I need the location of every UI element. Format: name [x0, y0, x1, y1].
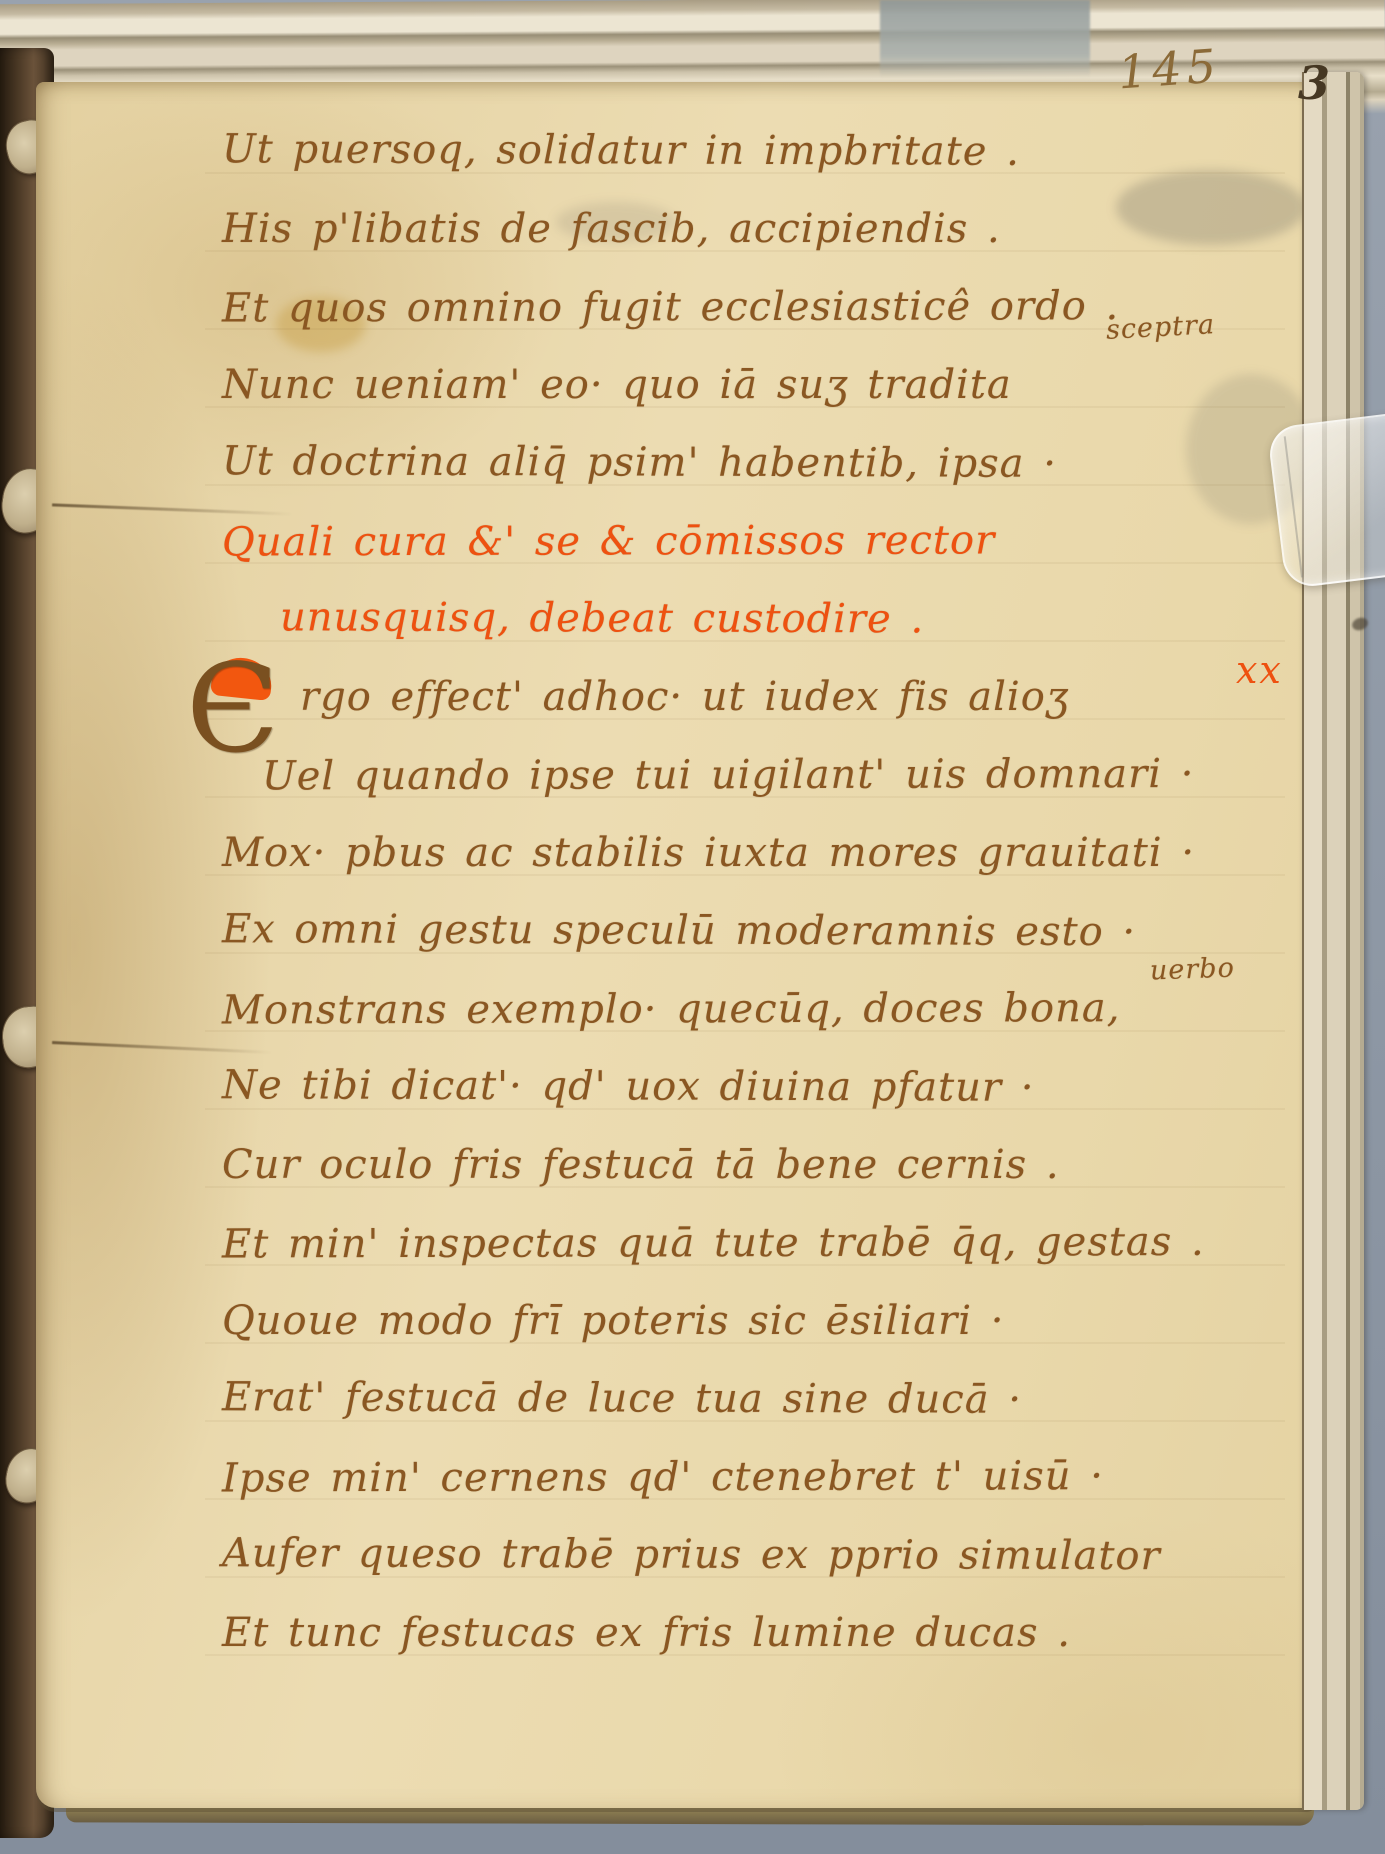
interlinear-gloss: sceptra: [1105, 311, 1215, 345]
manuscript-line: Uel quando ipse tui uigilant' uis domnar…: [262, 735, 1342, 816]
decorated-initial: Є: [186, 640, 296, 790]
manuscript-line: Erat' festucā de luce tua sine ducā ·: [222, 1358, 1342, 1440]
manuscript-line: Ut doctrina aliq̄ psim' habentib, ipsa ·: [222, 422, 1342, 504]
manuscript-line: Mox· pbus ac stabilis iuxta mores grauit…: [222, 814, 1342, 892]
top-edge-shadow-patch: [880, 0, 1090, 78]
manuscript-line: rgo effect' adhoc· ut iudex fis alioʒ: [300, 658, 1342, 736]
manuscript-line: Aufer queso trabē prius ex pprio simulat…: [222, 1514, 1342, 1596]
manuscript-line: Ipse min' cernens qd' ctenebret t' uisū …: [222, 1437, 1342, 1518]
initial-letter: Є: [186, 640, 279, 778]
manuscript-line: Cur oculo fris festucā tā bene cernis .: [222, 1126, 1342, 1204]
manuscript-line: His p'libatis de fascib, accipiendis .: [222, 190, 1342, 268]
bookmark-tab: [1267, 413, 1385, 590]
manuscript-photo: Ut puersoq, solidatur in impbritate . Hi…: [0, 0, 1385, 1854]
folio-number: 145: [1116, 40, 1222, 97]
manuscript-line-rubric: unusquisq, debeat custodire .: [280, 578, 1342, 659]
manuscript-line: Et tunc festucas ex fris lumine ducas .: [222, 1594, 1342, 1672]
manuscript-line: Ut puersoq, solidatur in impbritate .: [222, 110, 1342, 192]
manuscript-line: Quoue modo frī poteris sic ēsiliari ·: [222, 1282, 1342, 1360]
manuscript-line: Ne tibi dicat'· qd' uox diuina pfatur ·: [222, 1046, 1342, 1128]
manuscript-line: Nunc ueniam' eo· quo iā suʒ tradita: [222, 346, 1342, 424]
chapter-number-note: xx: [1236, 650, 1283, 690]
manuscript-line: Et min' inspectas quā tute trabē q̄q, ge…: [222, 1203, 1342, 1284]
manuscript-line-rubric: Quali cura &' se & cōmissos rector: [222, 501, 1342, 582]
page-edge-stack-right: [1302, 72, 1364, 1810]
manuscript-text-block: Ut puersoq, solidatur in impbritate . Hi…: [222, 112, 1342, 1672]
edge-mark: 3: [1298, 58, 1330, 108]
interlinear-gloss: uerbo: [1150, 955, 1236, 986]
